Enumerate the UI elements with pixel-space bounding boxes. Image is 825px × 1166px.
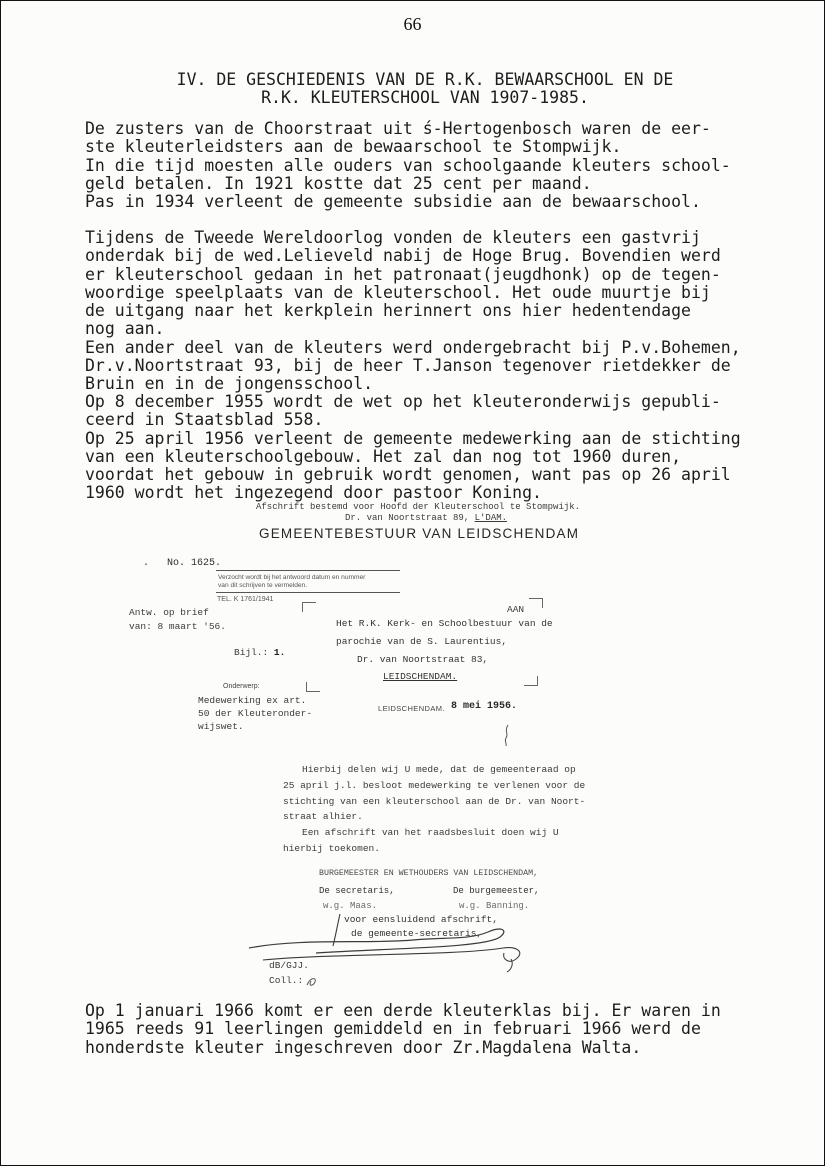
letter-coll: Coll.: bbox=[269, 975, 303, 986]
letter-number: . No. 1625. bbox=[143, 558, 221, 569]
subject-line1: Medewerking ex art. bbox=[198, 694, 306, 707]
afschrift-ldam: L'DAM. bbox=[475, 513, 507, 523]
mayor-label: De burgemeester, bbox=[453, 886, 539, 896]
paragraph-line: Een ander deel van de kleuters werd onde… bbox=[85, 339, 741, 357]
recipient-line1: Het R.K. Kerk- en Schoolbestuur van de bbox=[336, 617, 553, 630]
letter-antw-line1: Antw. op brief bbox=[129, 606, 209, 619]
page-number: 66 bbox=[1, 14, 824, 35]
letter-bijl: Bijl.: 1. bbox=[234, 646, 285, 659]
chapter-heading: IV. DE GESCHIEDENIS VAN DE R.K. BEWAARSC… bbox=[84, 71, 766, 108]
paragraph-line: Op 8 december 1955 wordt de wet op het k… bbox=[85, 393, 741, 411]
letter-letterhead: GEMEENTEBESTUUR VAN LEIDSCHENDAM bbox=[259, 526, 579, 541]
paragraph-line: In die tijd moesten alle ouders van scho… bbox=[85, 157, 731, 175]
fold-mark-bottom-right bbox=[524, 676, 538, 686]
letter-body-line: stichting van een kleuterschool aan de D… bbox=[283, 794, 585, 810]
paragraph-line: geld betalen. In 1921 kostte dat 25 cent… bbox=[85, 175, 731, 193]
paragraph-4: Op 1 januari 1966 komt er een derde kleu… bbox=[85, 1002, 721, 1057]
paragraph-line: Tijdens de Tweede Wereldoorlog vonden de… bbox=[85, 229, 741, 247]
paragraph-line: ceerd in Staatsblad 558. bbox=[85, 411, 741, 429]
notice-line2: van dit schrijven te vermelden. bbox=[218, 582, 398, 590]
chapter-heading-line1: IV. DE GESCHIEDENIS VAN DE R.K. BEWAARSC… bbox=[84, 71, 766, 89]
letter-antw-line2: van: 8 maart '56. bbox=[129, 620, 226, 633]
bijl-value: 1. bbox=[274, 647, 285, 658]
letter-afschrift-note-line2: Dr. van Noortstraat 89, L'DAM. bbox=[345, 513, 507, 523]
paragraph-line: Dr.v.Noortstraat 93, bij de heer T.Janso… bbox=[85, 357, 741, 375]
coll-initial-mark bbox=[304, 974, 320, 988]
letter-body: Hierbij delen wij U mede, dat de gemeent… bbox=[283, 762, 585, 857]
letter-place-label: LEIDSCHENDAM. bbox=[378, 704, 445, 713]
secretary-label: De secretaris, bbox=[319, 886, 395, 896]
paragraph-line: nog aan. bbox=[85, 320, 741, 338]
pen-mark bbox=[500, 723, 512, 747]
notice-line1: Verzocht wordt bij het antwoord datum en… bbox=[218, 574, 398, 582]
fold-mark-top-right bbox=[529, 598, 543, 608]
fold-mark-top-left bbox=[302, 602, 316, 612]
letter-afschrift-note-line1: Afschrift bestemd voor Hoofd der Kleuter… bbox=[256, 502, 580, 512]
paragraph-line: ste kleuterleidsters aan de bewaarschool… bbox=[85, 138, 731, 156]
paragraph-3: Op 8 december 1955 wordt de wet op het k… bbox=[85, 393, 741, 503]
letter-date: 8 mei 1956. bbox=[451, 701, 517, 712]
fold-mark-bottom-left bbox=[306, 682, 320, 692]
paragraph-1: De zusters van de Choorstraat uit ś-Hert… bbox=[85, 120, 731, 211]
recipient-line3: Dr. van Noortstraat 83, bbox=[357, 653, 488, 666]
document-page: 66 IV. DE GESCHIEDENIS VAN DE R.K. BEWAA… bbox=[0, 0, 825, 1166]
paragraph-line: van een kleuterschoolgebouw. Het zal dan… bbox=[85, 448, 741, 466]
paragraph-line: woordige speelplaats van de kleuterschoo… bbox=[85, 284, 741, 302]
letter-telephone: TEL. K 1761/1941 bbox=[217, 596, 273, 603]
paragraph-line: er kleuterschool gedaan in het patronaat… bbox=[85, 266, 741, 284]
chapter-heading-line2: R.K. KLEUTERSCHOOL VAN 1907-1985. bbox=[84, 89, 766, 107]
paragraph-line: Op 1 januari 1966 komt er een derde kleu… bbox=[85, 1002, 721, 1020]
paragraph-2: Tijdens de Tweede Wereldoorlog vonden de… bbox=[85, 229, 741, 394]
paragraph-line: voordat het gebouw in gebruik wordt geno… bbox=[85, 466, 741, 484]
letter-body-line: Een afschrift van het raadsbesluit doen … bbox=[283, 825, 585, 841]
signature-heading: BURGEMEESTER EN WETHOUDERS VAN LEIDSCHEN… bbox=[319, 869, 538, 878]
paragraph-line: Pas in 1934 verleent de gemeente subsidi… bbox=[85, 193, 731, 211]
paragraph-line: 1965 reeds 91 leerlingen gemiddeld en in… bbox=[85, 1020, 721, 1038]
letter-body-line: Hierbij delen wij U mede, dat de gemeent… bbox=[283, 762, 585, 778]
recipient-city: LEIDSCHENDAM. bbox=[383, 670, 457, 683]
paragraph-line: Bruin en in de jongensschool. bbox=[85, 375, 741, 393]
letter-reply-notice: Verzocht wordt bij het antwoord datum en… bbox=[216, 570, 400, 593]
letter-aan-label: AAN bbox=[507, 603, 524, 616]
subject-line2: 50 der Kleuteronder- bbox=[198, 707, 312, 720]
paragraph-line: onderdak bij de wed.Lelieveld nabij de H… bbox=[85, 247, 741, 265]
letter-body-line: 25 april j.l. besloot medewerking te ver… bbox=[283, 778, 585, 794]
paragraph-line: De zusters van de Choorstraat uit ś-Hert… bbox=[85, 120, 731, 138]
paragraph-line: honderdste kleuter ingeschreven door Zr.… bbox=[85, 1039, 721, 1057]
onderwerp-label: Onderwerp: bbox=[223, 683, 260, 690]
paragraph-line: de uitgang naar het kerkplein herinnert … bbox=[85, 302, 741, 320]
letter-body-line: hierbij toekomen. bbox=[283, 841, 585, 857]
afschrift-address: Dr. van Noortstraat 89, bbox=[345, 513, 475, 523]
paragraph-line: Op 25 april 1956 verleent de gemeente me… bbox=[85, 430, 741, 448]
bijl-label: Bijl.: bbox=[234, 647, 274, 658]
letter-body-line: straat alhier. bbox=[283, 809, 585, 825]
letter-reference: dB/GJJ. bbox=[269, 960, 309, 971]
paragraph-line: 1960 wordt het ingezegend door pastoor K… bbox=[85, 484, 741, 502]
recipient-line2: parochie van de S. Laurentius, bbox=[336, 635, 507, 648]
subject-line3: wijswet. bbox=[198, 720, 244, 733]
